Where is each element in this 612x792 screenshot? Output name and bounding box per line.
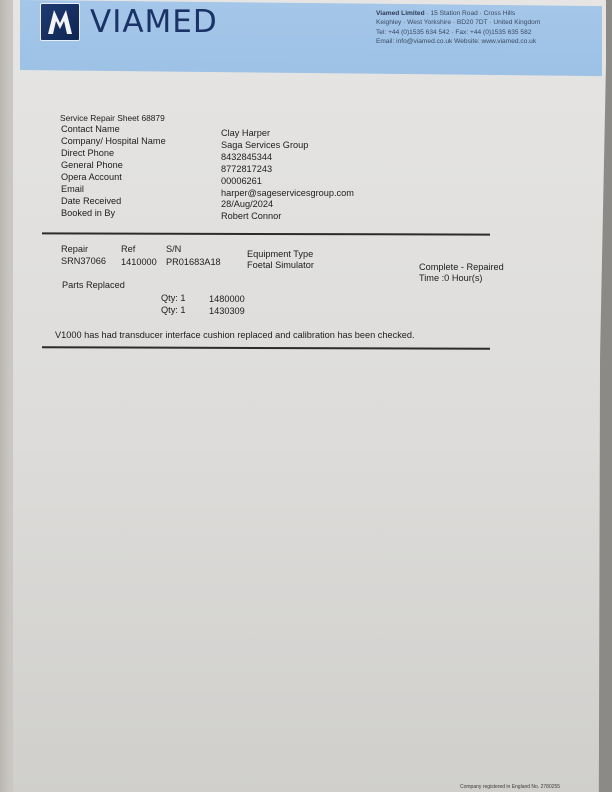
company-address-line1: Viamed Limited · 15 Station Road · Cross… — [376, 9, 540, 18]
repair-status: Complete - Repaired — [419, 262, 504, 272]
label-direct-phone: Direct Phone — [61, 148, 114, 158]
label-booked-in-by: Booked in By — [61, 208, 115, 218]
value-date-received: 28/Aug/2024 — [221, 199, 273, 209]
label-contact-name: Contact Name — [61, 124, 120, 134]
parts-replaced-label: Parts Replaced — [62, 280, 125, 290]
page-edge — [10, 0, 13, 792]
company-name: Viamed Limited — [376, 10, 425, 17]
value-opera-account: 00006261 — [221, 176, 262, 186]
repair-time: Time :0 Hour(s) — [419, 273, 482, 283]
label-company: Company/ Hospital Name — [61, 136, 166, 146]
part-1-qty: Qty: 1 — [161, 293, 186, 303]
value-email: harper@sageservicesgroup.com — [221, 188, 354, 198]
header-sn: S/N — [166, 244, 181, 254]
company-web-line: Email: info@viamed.co.uk Website: www.vi… — [376, 37, 540, 46]
label-email: Email — [61, 184, 84, 194]
header-ref: Ref — [121, 244, 135, 254]
sheet-title: Service Repair Sheet 68879 — [60, 113, 165, 123]
value-ref: 1410000 — [121, 257, 157, 267]
label-general-phone: General Phone — [61, 160, 123, 170]
value-contact-name: Clay Harper — [221, 128, 270, 138]
brand-name: VIAMED — [90, 4, 218, 40]
company-contact-block: Viamed Limited · 15 Station Road · Cross… — [376, 9, 540, 47]
value-general-phone: 8772817243 — [221, 164, 272, 174]
header-repair: Repair — [61, 244, 88, 254]
header-equipment-type: Equipment Type — [247, 249, 313, 259]
value-company: Saga Services Group — [221, 140, 308, 150]
value-direct-phone: 8432845344 — [221, 152, 272, 162]
part-1-number: 1480000 — [209, 294, 245, 304]
part-2-qty: Qty: 1 — [161, 305, 186, 315]
company-address-line2: Keighley · West Yorkshire · BD20 7DT · U… — [376, 18, 540, 27]
footer-registration: Company registered in England No. 278025… — [460, 784, 560, 790]
m-logo-glyph-icon — [44, 7, 76, 37]
label-date-received: Date Received — [61, 196, 121, 206]
repair-notes: V1000 has had transducer interface cushi… — [55, 330, 415, 340]
company-phone-line: Tel: +44 (0)1535 634 542 · Fax: +44 (0)1… — [376, 28, 540, 37]
value-serial-number: PR01683A18 — [166, 257, 221, 267]
value-equipment-type: Foetal Simulator — [247, 260, 314, 270]
label-opera-account: Opera Account — [61, 172, 122, 182]
viamed-logo-icon — [40, 3, 80, 41]
value-repair-number: SRN37066 — [61, 256, 106, 266]
part-2-number: 1430309 — [209, 306, 245, 316]
value-booked-in-by: Robert Connor — [221, 211, 281, 221]
